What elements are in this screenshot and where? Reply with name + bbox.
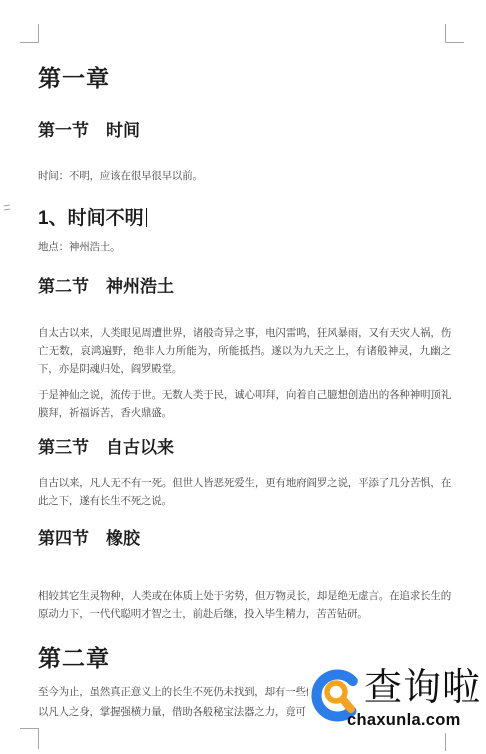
section-heading[interactable]: 第三节 自古以来 (38, 433, 174, 458)
section-heading[interactable]: 第四节 橡胶 (38, 524, 140, 549)
margin-crop-mark-top-right (445, 24, 464, 43)
margin-crop-mark-bottom-left (20, 728, 39, 749)
paragraph[interactable]: 自古以来，凡人无不有一死。但世人皆恶死爱生，更有地府阎罗之说，平添了几分苦惧，在… (38, 474, 451, 510)
subheading-text: 1、时间不明 (38, 208, 144, 229)
paragraph[interactable]: 自太古以来，人类眼见周遭世界，诸般奇异之事，电闪雷鸣，狂风暴雨，又有天灾人祸，伤… (38, 324, 451, 378)
paragraph[interactable]: 于是神仙之说，流传于世。无数人类于民，诚心叩拜，向着自己臆想创造出的各种神明顶礼… (38, 386, 451, 422)
paragraph[interactable]: 时间：不明，应该在很早很早以前。 (38, 168, 203, 183)
chapter-heading[interactable]: 第一章 (38, 60, 110, 93)
chapter-heading[interactable]: 第二章 (38, 640, 110, 673)
text-cursor (146, 208, 148, 227)
paragraph[interactable]: 相较其它生灵物种，人类或在体质上处于劣势，但万物灵长，却是绝无虚言。在追求长生的… (38, 587, 451, 623)
watermark-brand-text: 查询啦 (364, 668, 481, 708)
paragraph-clipped-line[interactable]: 以凡人之身，掌握强横力量，借助各般秘宝法器之力，竟可 (38, 704, 306, 719)
section-heading[interactable]: 第一节 时间 (38, 116, 140, 141)
paragraph-clipped-line[interactable]: 至今为止，虽然真正意义上的长生不死仍未找到，却有一些修 (38, 684, 316, 699)
watermark-domain-text: chaxunla.com (347, 711, 461, 730)
chaxunla-watermark: 查询啦 chaxunla.com (308, 664, 486, 733)
subheading-with-cursor[interactable]: 1、时间不明 (38, 203, 147, 230)
paragraph[interactable]: 地点：神州浩土。 (38, 239, 120, 254)
section-heading[interactable]: 第二节 神州浩土 (38, 272, 174, 297)
margin-proof-mark (4, 205, 11, 211)
document-page: 第一章 第一节 时间 时间：不明，应该在很早很早以前。 1、时间不明 地点：神州… (0, 0, 486, 754)
margin-crop-mark-top-left (20, 24, 39, 43)
